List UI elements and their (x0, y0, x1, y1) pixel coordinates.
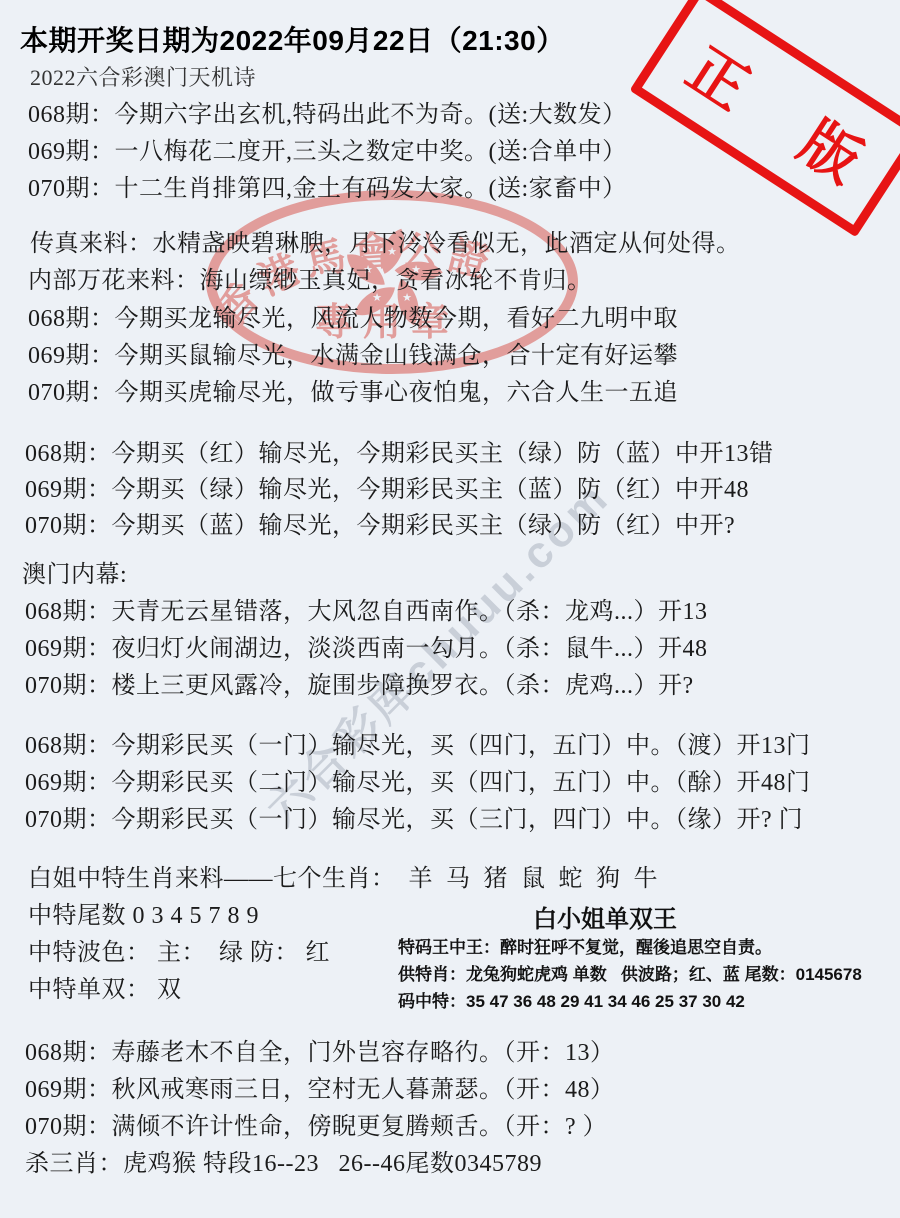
neimu-line-069: 069期：夜归灯火闹湖边，淡淡西南一勾月。（杀：鼠牛...）开48 (25, 636, 708, 662)
baijie-zodiac-line: 白姐中特生肖来料——七个生肖： 羊 马 猪 鼠 蛇 狗 牛 (28, 866, 658, 892)
buy-zodiac-line-068: 068期：今期买龙输尽光，风流人物数今期，看好二九明中取 (28, 306, 678, 332)
bose-line-069: 069期：今期买（绿）输尽光，今期彩民买主（蓝）防（红）中开48 (25, 477, 749, 503)
bose-line-068: 068期：今期买（红）输尽光，今期彩民买主（绿）防（蓝）中开13错 (25, 441, 774, 467)
men-line-069: 069期：今期彩民买（二门）输尽光，买（四门，五门）中。（酴）开48门 (25, 770, 811, 796)
shige-line-070: 070期：满倾不许计性命，傍睨更复腾颊舌。（开：? ） (25, 1114, 607, 1140)
authentic-stamp: 正 版 (629, 0, 900, 237)
buy-zodiac-line-070: 070期：今期买虎输尽光，做亏事心夜怕鬼，六合人生一五追 (28, 380, 678, 406)
tianjishi-line-068: 068期：今期六字出玄机,特码出此不为奇。(送:大数发） (28, 102, 627, 128)
baijie-tail-numbers-line: 中特尾数 0 3 4 5 7 8 9 (28, 903, 259, 929)
buy-zodiac-line-069: 069期：今期买鼠输尽光，水满金山钱满仓，合十定有好运攀 (28, 343, 678, 369)
tianjishi-line-069: 069期：一八梅花二度开,三头之数定中奖。(送:合单中） (28, 139, 627, 165)
shasanxiao-line: 杀三肖：虎鸡猴 特段16--23 26--46尾数0345789 (25, 1151, 542, 1177)
neimu-line-070: 070期：楼上三更风露冷，旋围步障换罗衣。（杀：虎鸡...）开? (25, 673, 694, 699)
neibu-wanhua-line: 内部万花来料：海山缥缈玉真妃，贪看冰轮不肯归。 (28, 268, 592, 294)
chuanzhen-lailiao-line: 传真来料：水精盏映碧琳腴，月下泠泠看似无，此酒定从何处得。 (30, 231, 741, 257)
bose-line-070: 070期：今期买（蓝）输尽光，今期彩民买主（绿）防（红）中开? (25, 513, 735, 539)
tianjishi-heading: 2022六合彩澳门天机诗 (30, 66, 256, 90)
baixiaojie-title: 白小姐单双王 (395, 899, 815, 934)
neimu-heading: 澳门内幕: (22, 562, 127, 588)
tianjishi-line-070: 070期：十二生肖排第四,金土有码发大家。(送:家畜中） (28, 176, 627, 202)
baixiaojie-texiao-line: 供特肖：龙兔狗蛇虎鸡 单数 供波路；红、蓝 尾数：0145678 (398, 960, 862, 985)
baijie-color-line: 中特波色： 主： 绿 防： 红 (28, 940, 330, 966)
neimu-line-068: 068期：天青无云星错落，大风忽自西南作。（杀：龙鸡...）开13 (25, 599, 708, 625)
lottery-tip-sheet: 香港馬會公證 ★ ★ ★ ★ ★ 專用章 六合彩库chuuu.com 正 版 本… (0, 0, 900, 1218)
men-line-068: 068期：今期彩民买（一门）输尽光，买（四门，五门）中。（渡）开13门 (25, 733, 811, 759)
men-line-070: 070期：今期彩民买（一门）输尽光，买（三门，四门）中。（缘）开? 门 (25, 807, 803, 833)
authentic-stamp-label: 正 版 (648, 7, 900, 215)
baijie-oddeven-line: 中特单双： 双 (28, 977, 182, 1003)
baixiaojie-mazhongte-line: 码中特：35 47 36 48 29 41 34 46 25 37 30 42 (398, 987, 745, 1012)
shige-line-068: 068期：寿藤老木不自全，门外岂容存略彴。（开：13） (25, 1040, 615, 1066)
baixiaojie-wangzhongwang-line: 特码王中王：醉时狂呼不复觉，醒後追思空自责。 (398, 933, 772, 958)
shige-line-069: 069期：秋风戒寒雨三日，空村无人暮萧瑟。（开：48） (25, 1077, 615, 1103)
page-title: 本期开奖日期为2022年09月22日（21:30） (20, 26, 565, 57)
